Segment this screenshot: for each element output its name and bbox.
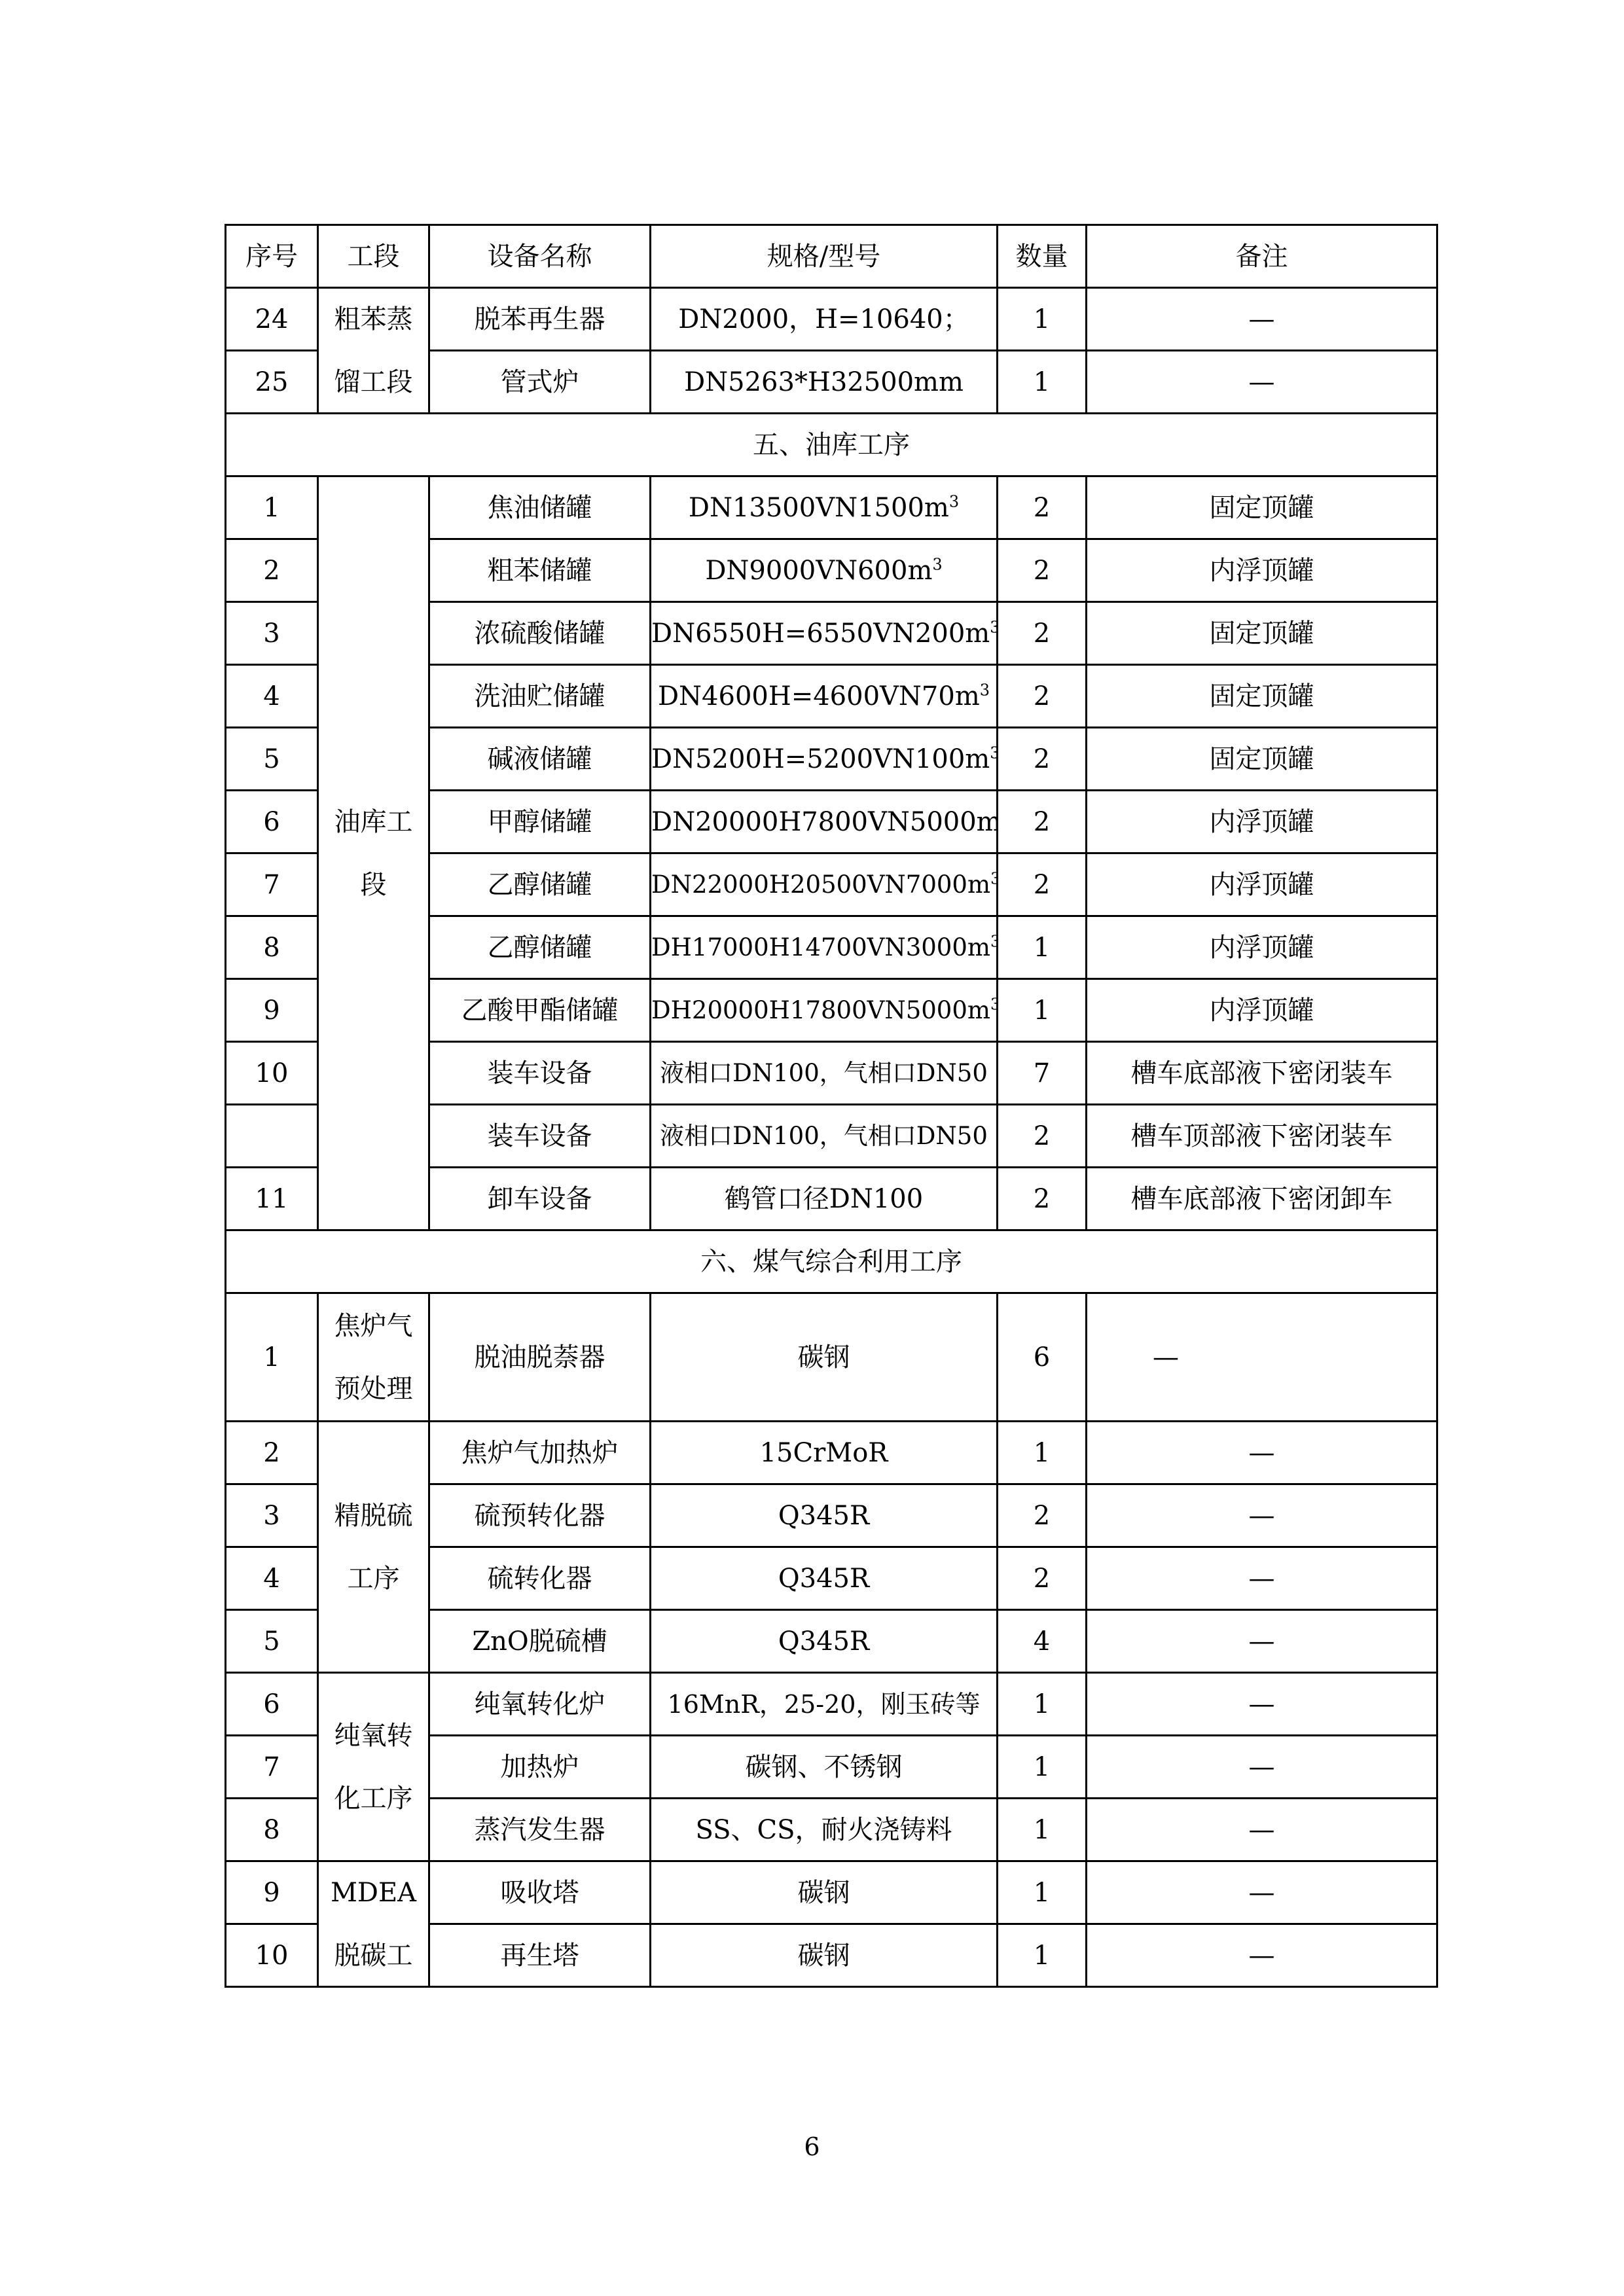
cell-qty: 2	[998, 1484, 1087, 1547]
section-line: 预处理	[319, 1373, 428, 1405]
cell-spec: DH20000H17800VN5000m3	[651, 979, 998, 1042]
section-title: 六、煤气综合利用工序	[226, 1230, 1437, 1293]
cell-no: 10	[226, 1924, 318, 1987]
cell-name: 脱油脱萘器	[429, 1293, 651, 1422]
cell-note: —	[1087, 1736, 1437, 1799]
cell-qty: 1	[998, 1673, 1087, 1736]
table-row: 2 精脱硫 工序 焦炉气加热炉 15CrMoR 1 —	[226, 1422, 1437, 1484]
cell-note: 固定顶罐	[1087, 665, 1437, 728]
cell-qty: 2	[998, 1168, 1087, 1230]
cell-note: —	[1087, 1422, 1437, 1484]
cell-spec: 碳钢	[651, 1924, 998, 1987]
cell-note: —	[1087, 1484, 1437, 1547]
cell-qty: 4	[998, 1610, 1087, 1673]
cell-name: 卸车设备	[429, 1168, 651, 1230]
cell-name: 蒸汽发生器	[429, 1799, 651, 1861]
section-line: 油库工	[319, 806, 428, 838]
cell-note: —	[1087, 1293, 1437, 1422]
superscript: 3	[932, 555, 942, 573]
cell-no: 10	[226, 1042, 318, 1105]
cell-note: 固定顶罐	[1087, 476, 1437, 539]
cell-name: 装车设备	[429, 1105, 651, 1168]
cell-qty: 1	[998, 1924, 1087, 1987]
cell-note: 内浮顶罐	[1087, 979, 1437, 1042]
cell-name: 焦油储罐	[429, 476, 651, 539]
cell-note: 内浮顶罐	[1087, 916, 1437, 979]
cell-qty: 2	[998, 1547, 1087, 1610]
cell-note: —	[1087, 351, 1437, 414]
cell-qty: 1	[998, 1736, 1087, 1799]
section-line: 纯氧转	[319, 1720, 428, 1751]
cell-note: 槽车底部液下密闭装车	[1087, 1042, 1437, 1105]
cell-no: 7	[226, 1736, 318, 1799]
cell-spec: 15CrMoR	[651, 1422, 998, 1484]
equipment-table: 序号 工段 设备名称 规格/型号 数量 备注 24 粗苯蒸 馏工段 脱苯再生器 …	[225, 224, 1438, 1988]
cell-no: 3	[226, 1484, 318, 1547]
section-header-row: 六、煤气综合利用工序	[226, 1230, 1437, 1293]
cell-note: 内浮顶罐	[1087, 539, 1437, 602]
cell-name: 甲醇储罐	[429, 791, 651, 853]
cell-no: 2	[226, 1422, 318, 1484]
cell-qty: 2	[998, 602, 1087, 665]
cell-qty: 7	[998, 1042, 1087, 1105]
cell-note: —	[1087, 1861, 1437, 1924]
section-header-row: 五、油库工序	[226, 414, 1437, 476]
cell-spec: DN5200H=5200VN100m3	[651, 728, 998, 791]
superscript: 3	[990, 744, 997, 762]
table-row: 24 粗苯蒸 馏工段 脱苯再生器 DN2000，H=10640； 1 —	[226, 288, 1437, 351]
cell-name: ZnO脱硫槽	[429, 1610, 651, 1673]
cell-spec: SS、CS，耐火浇铸料	[651, 1799, 998, 1861]
section-title: 五、油库工序	[226, 414, 1437, 476]
table-row: 6 纯氧转 化工序 纯氧转化炉 16MnR，25-20，刚玉砖等 1 —	[226, 1673, 1437, 1736]
table-header-row: 序号 工段 设备名称 规格/型号 数量 备注	[226, 225, 1437, 288]
cell-no: 7	[226, 853, 318, 916]
cell-name: 加热炉	[429, 1736, 651, 1799]
cell-no: 25	[226, 351, 318, 414]
spec-text: DN22000H20500VN7000m	[651, 870, 990, 899]
cell-name: 粗苯储罐	[429, 539, 651, 602]
spec-text: DH20000H17800VN5000m	[651, 996, 990, 1024]
cell-spec: Q345R	[651, 1547, 998, 1610]
cell-no	[226, 1105, 318, 1168]
cell-name: 硫预转化器	[429, 1484, 651, 1547]
spec-text: DN13500VN1500m	[689, 493, 949, 523]
cell-no: 5	[226, 1610, 318, 1673]
cell-name: 焦炉气加热炉	[429, 1422, 651, 1484]
cell-note: 固定顶罐	[1087, 602, 1437, 665]
cell-name: 乙醇储罐	[429, 853, 651, 916]
superscript: 3	[990, 932, 998, 950]
cell-name: 乙醇储罐	[429, 916, 651, 979]
section-line: 粗苯蒸	[319, 304, 428, 335]
cell-spec: 液相口DN100，气相口DN50	[651, 1042, 998, 1105]
cell-name: 管式炉	[429, 351, 651, 414]
cell-name: 碱液储罐	[429, 728, 651, 791]
cell-spec: DN2000，H=10640；	[651, 288, 998, 351]
spec-text: DN20000H7800VN5000m	[651, 807, 998, 837]
cell-qty: 2	[998, 665, 1087, 728]
cell-spec: DN6550H=6550VN200m3	[651, 602, 998, 665]
cell-note: 槽车顶部液下密闭装车	[1087, 1105, 1437, 1168]
cell-qty: 2	[998, 1105, 1087, 1168]
cell-no: 4	[226, 665, 318, 728]
superscript: 3	[949, 492, 959, 511]
header-section: 工段	[318, 225, 429, 288]
cell-no: 1	[226, 476, 318, 539]
cell-no: 2	[226, 539, 318, 602]
table-row: 1 焦炉气 预处理 脱油脱萘器 碳钢 6 —	[226, 1293, 1437, 1422]
superscript: 3	[990, 869, 997, 888]
cell-section: 粗苯蒸 馏工段	[318, 288, 429, 414]
cell-spec: DH17000H14700VN3000m3	[651, 916, 998, 979]
cell-qty: 1	[998, 1861, 1087, 1924]
section-line: 化工序	[319, 1783, 428, 1814]
header-qty: 数量	[998, 225, 1087, 288]
section-line: 脱碳工	[319, 1940, 428, 1971]
cell-spec: DN9000VN600m3	[651, 539, 998, 602]
cell-name: 硫转化器	[429, 1547, 651, 1610]
cell-spec: 碳钢	[651, 1293, 998, 1422]
table-row: 1 油库工 段 焦油储罐 DN13500VN1500m3 2 固定顶罐	[226, 476, 1437, 539]
cell-no: 4	[226, 1547, 318, 1610]
cell-section: 焦炉气 预处理	[318, 1293, 429, 1422]
spec-text: DN9000VN600m	[705, 556, 932, 586]
superscript: 3	[990, 995, 998, 1013]
cell-name: 纯氧转化炉	[429, 1673, 651, 1736]
header-name: 设备名称	[429, 225, 651, 288]
cell-spec: DN4600H=4600VN70m3	[651, 665, 998, 728]
superscript: 3	[990, 618, 997, 636]
cell-section: 纯氧转 化工序	[318, 1673, 429, 1861]
header-note: 备注	[1087, 225, 1437, 288]
cell-spec: DN5263*H32500mm	[651, 351, 998, 414]
cell-spec: 16MnR，25-20，刚玉砖等	[651, 1673, 998, 1736]
cell-spec: Q345R	[651, 1610, 998, 1673]
cell-spec: 碳钢	[651, 1861, 998, 1924]
cell-qty: 1	[998, 979, 1087, 1042]
section-line: 焦炉气	[319, 1310, 428, 1342]
table-row: 9 MDEA 脱碳工 吸收塔 碳钢 1 —	[226, 1861, 1437, 1924]
cell-section: 精脱硫 工序	[318, 1422, 429, 1673]
cell-spec: DN22000H20500VN7000m3	[651, 853, 998, 916]
cell-name: 洗油贮储罐	[429, 665, 651, 728]
cell-name: 再生塔	[429, 1924, 651, 1987]
cell-no: 8	[226, 1799, 318, 1861]
section-line: MDEA	[319, 1877, 428, 1909]
page-number: 6	[0, 2132, 1624, 2161]
cell-name: 乙酸甲酯储罐	[429, 979, 651, 1042]
cell-qty: 1	[998, 1799, 1087, 1861]
cell-name: 脱苯再生器	[429, 288, 651, 351]
cell-name: 浓硫酸储罐	[429, 602, 651, 665]
spec-text: DN5200H=5200VN100m	[651, 744, 990, 774]
section-line: 段	[319, 869, 428, 901]
cell-spec: 鹤管口径DN100	[651, 1168, 998, 1230]
cell-spec: 碳钢、不锈钢	[651, 1736, 998, 1799]
cell-no: 11	[226, 1168, 318, 1230]
cell-qty: 2	[998, 853, 1087, 916]
cell-note: —	[1087, 1673, 1437, 1736]
cell-no: 3	[226, 602, 318, 665]
cell-qty: 6	[998, 1293, 1087, 1422]
cell-no: 24	[226, 288, 318, 351]
superscript: 3	[980, 681, 990, 699]
spec-text: DN4600H=4600VN70m	[658, 681, 980, 711]
section-line: 工序	[319, 1563, 428, 1594]
cell-note: 内浮顶罐	[1087, 791, 1437, 853]
cell-note: —	[1087, 1924, 1437, 1987]
cell-qty: 1	[998, 1422, 1087, 1484]
header-no: 序号	[226, 225, 318, 288]
cell-note: —	[1087, 1610, 1437, 1673]
spec-text: DH17000H14700VN3000m	[651, 933, 990, 961]
cell-no: 1	[226, 1293, 318, 1422]
cell-qty: 2	[998, 476, 1087, 539]
cell-section: 油库工 段	[318, 476, 429, 1230]
header-spec: 规格/型号	[651, 225, 998, 288]
cell-name: 吸收塔	[429, 1861, 651, 1924]
cell-spec: Q345R	[651, 1484, 998, 1547]
cell-no: 9	[226, 1861, 318, 1924]
cell-no: 8	[226, 916, 318, 979]
section-line: 精脱硫	[319, 1500, 428, 1532]
cell-note: —	[1087, 1799, 1437, 1861]
cell-note: 固定顶罐	[1087, 728, 1437, 791]
cell-spec: 液相口DN100，气相口DN50	[651, 1105, 998, 1168]
cell-note: —	[1087, 1547, 1437, 1610]
cell-qty: 1	[998, 351, 1087, 414]
cell-spec: DN13500VN1500m3	[651, 476, 998, 539]
cell-qty: 2	[998, 728, 1087, 791]
cell-note: —	[1087, 288, 1437, 351]
cell-qty: 2	[998, 791, 1087, 853]
cell-no: 6	[226, 791, 318, 853]
cell-note: 槽车底部液下密闭卸车	[1087, 1168, 1437, 1230]
cell-qty: 1	[998, 288, 1087, 351]
cell-section: MDEA 脱碳工	[318, 1861, 429, 1987]
cell-qty: 2	[998, 539, 1087, 602]
cell-name: 装车设备	[429, 1042, 651, 1105]
cell-no: 9	[226, 979, 318, 1042]
cell-no: 6	[226, 1673, 318, 1736]
spec-text: DN6550H=6550VN200m	[651, 619, 990, 649]
cell-spec: DN20000H7800VN5000m3	[651, 791, 998, 853]
section-line: 馏工段	[319, 367, 428, 398]
cell-no: 5	[226, 728, 318, 791]
cell-note: 内浮顶罐	[1087, 853, 1437, 916]
cell-qty: 1	[998, 916, 1087, 979]
